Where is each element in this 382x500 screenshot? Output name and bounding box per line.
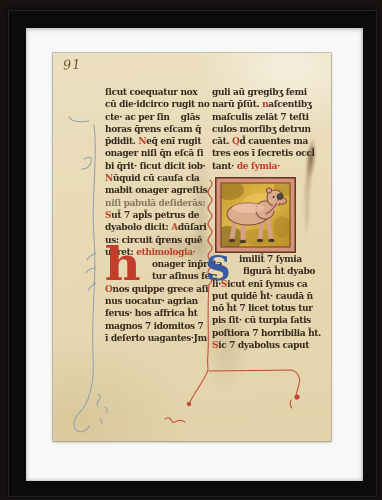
manuscript-text-line: Nūquid cū cauſa cla xyxy=(105,173,205,185)
manuscript-text-line: guli aū gregibʒ femi xyxy=(212,87,312,99)
manuscript-page: 91 ſicut coequatur noxcū die·idcirco rug… xyxy=(53,53,331,441)
manuscript-text-line: nus uocatur· agrian xyxy=(105,296,205,308)
manuscript-text-line: nō h̄t 7 licet totus tur xyxy=(212,303,312,315)
manuscript-text-line: put quidē h̄t· caudā n̄ xyxy=(212,291,312,303)
manuscript-text-line: cāt. Qd̄ cauentes ma xyxy=(212,136,312,148)
initial-s-decorated: S xyxy=(206,252,231,286)
manuscript-text-line: p̄didit. Neq̄ enī rugit xyxy=(105,136,205,148)
ape-miniature xyxy=(215,177,296,253)
photograph-of-framed-manuscript: { "artwork_title": "Framed medieval best… xyxy=(0,0,382,500)
picture-frame: 91 ſicut coequatur noxcū die·idcirco rug… xyxy=(8,10,377,497)
manuscript-text-line: maſculis zelāt 7 teſti xyxy=(212,112,312,124)
manuscript-text-line: pis ſit· cū turpia ſatis xyxy=(212,315,312,327)
manuscript-text-line: narū p̄ſūt. naſcentibʒ xyxy=(212,99,312,111)
manuscript-text-line: culos morſibʒ detrun xyxy=(212,124,312,136)
grey-marginal-flourish xyxy=(69,117,107,432)
manuscript-text-line: dyabolo dicit: Adūſari xyxy=(105,222,205,234)
fruit-in-paw xyxy=(277,194,283,200)
manuscript-text-line: ferus· hos affrica h̄t xyxy=(105,308,205,320)
manuscript-text-line: bi q̄rit· ſicut dicit iob· xyxy=(105,161,205,173)
manuscript-text-line: ī deſerto uagantes·Jm xyxy=(105,333,205,345)
manuscript-text-line: magnos 7 idomitos 7 xyxy=(105,321,205,333)
manuscript-text-line: Sic 7 dyabolus caput xyxy=(212,340,312,352)
text-column-right-upper: guli aū gregibʒ feminarū p̄ſūt. naſcenti… xyxy=(212,87,312,173)
mat-board: 91 ſicut coequatur noxcū die·idcirco rug… xyxy=(26,28,363,481)
text-column-left: ſicut coequatur noxcū die·idcirco rugit … xyxy=(105,87,205,345)
manuscript-text-line: poſtiora 7 horribilia h̄t. xyxy=(212,328,312,340)
manuscript-text-line: cte· ac per ſin glās xyxy=(105,112,205,124)
manuscript-text-line: Sut̄ 7 apl̄s petrus de xyxy=(105,210,205,222)
manuscript-text-line: horas q̄rens eſcam q̄ xyxy=(105,124,205,136)
manuscript-text-line: onager niſi q̄n eſcā ſi xyxy=(105,148,205,160)
manuscript-text-line: cū die·idcirco rugit no xyxy=(105,99,205,111)
manuscript-text-line: niſi pabulā deſiderās: xyxy=(105,198,205,210)
manuscript-text-line: mabit onager agreſtis xyxy=(105,185,205,197)
manuscript-text-line: tres eos ī ſecretis occl̄ xyxy=(212,148,312,160)
manuscript-text-line: tant· de ſymia· xyxy=(212,161,312,173)
folio-number: 91 xyxy=(62,57,82,73)
initial-h-decorated: h xyxy=(105,241,141,287)
manuscript-text-line: ſicut coequatur nox xyxy=(105,87,205,99)
